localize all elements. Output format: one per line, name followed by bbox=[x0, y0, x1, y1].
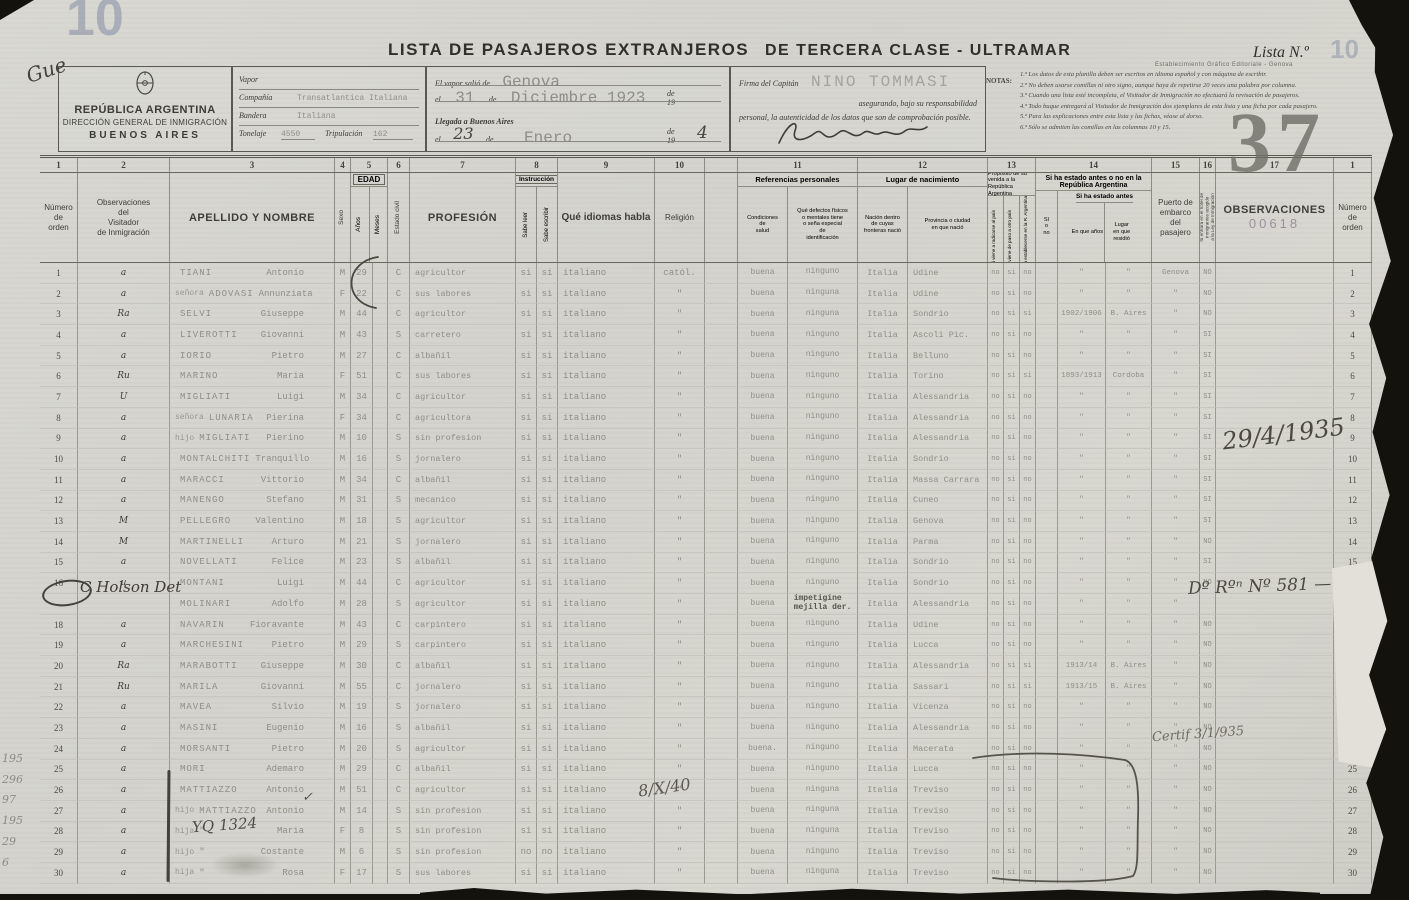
given-name: Felice bbox=[272, 557, 304, 567]
cell-language: italiano bbox=[558, 760, 655, 781]
cell-visitor-mark: a bbox=[78, 842, 170, 863]
cell-language: italiano bbox=[558, 346, 655, 367]
cell-order-number-right: 28 bbox=[1334, 822, 1372, 843]
cell-health: buena bbox=[738, 491, 788, 512]
cell-sex: M bbox=[335, 470, 351, 491]
cell-age-months bbox=[373, 553, 388, 574]
cell-order-number-right: 2 bbox=[1334, 284, 1372, 305]
header-proposito-2: Si viene de paso a otro país bbox=[1008, 210, 1015, 262]
header-sabe-escribir: Sabe escribir bbox=[544, 207, 550, 242]
cell-purpose-3: si bbox=[1020, 366, 1036, 387]
cell-visitor-mark bbox=[78, 594, 170, 615]
cell-purpose-1: no bbox=[988, 284, 1004, 305]
cell-name: MONTANILuigi bbox=[170, 573, 335, 594]
cell-age-months bbox=[373, 511, 388, 532]
table-row: 3 Ra SELVIGiuseppe M 44 C agricultor si … bbox=[40, 304, 1372, 325]
cell-defects: ninguna bbox=[788, 801, 858, 822]
cell-religion: " bbox=[655, 511, 705, 532]
cell-age-months bbox=[373, 408, 388, 429]
cell-reads: si bbox=[516, 801, 537, 822]
cell-prev-years: " bbox=[1058, 697, 1106, 718]
cell-religion: " bbox=[655, 842, 705, 863]
cell-gap bbox=[705, 615, 738, 636]
cell-name: SELVIGiuseppe bbox=[170, 304, 335, 325]
cell-nation: Italia bbox=[858, 615, 908, 636]
cell-prev-place: " bbox=[1106, 470, 1152, 491]
cell-civil-status: C bbox=[388, 677, 410, 698]
cell-embark-port: " bbox=[1152, 615, 1200, 636]
cell-hotel: NO bbox=[1200, 284, 1216, 305]
cell-profession: albañil bbox=[410, 470, 516, 491]
cell-purpose-3: no bbox=[1020, 346, 1036, 367]
cell-nation: Italia bbox=[858, 470, 908, 491]
cell-reads: si bbox=[516, 429, 537, 450]
cell-civil-status: S bbox=[388, 863, 410, 884]
given-name: Pierino bbox=[266, 433, 304, 443]
cell-language: italiano bbox=[558, 408, 655, 429]
ship-box: Vapor CompañíaTransatlantica Italiana Ba… bbox=[232, 66, 426, 152]
cell-province: Alessandria bbox=[908, 718, 988, 739]
cell-religion: " bbox=[655, 677, 705, 698]
de2-label: de bbox=[486, 135, 494, 144]
cell-religion: " bbox=[655, 366, 705, 387]
cell-language: italiano bbox=[558, 553, 655, 574]
cell-province: Ascoli Pic. bbox=[908, 325, 988, 346]
cell-embark-port: " bbox=[1152, 304, 1200, 325]
header-lugar: Lugar de nacimiento bbox=[858, 173, 987, 187]
cell-visitor-mark: a bbox=[78, 449, 170, 470]
page-number-pencil: 10 bbox=[66, 0, 124, 48]
cell-civil-status: C bbox=[388, 346, 410, 367]
given-name: Fioravante bbox=[250, 620, 304, 630]
cell-purpose-2: si bbox=[1004, 718, 1020, 739]
cell-profession: sin profesion bbox=[410, 842, 516, 863]
colnum: 12 bbox=[858, 158, 988, 172]
given-name: Antonio bbox=[266, 785, 304, 795]
cell-reads: si bbox=[516, 325, 537, 346]
cell-reads: si bbox=[516, 532, 537, 553]
cell-si-o-no bbox=[1036, 573, 1058, 594]
cell-visitor-mark: a bbox=[78, 801, 170, 822]
cell-health: buena bbox=[738, 408, 788, 429]
cell-prev-years: " bbox=[1058, 594, 1106, 615]
cell-age-months bbox=[373, 346, 388, 367]
cell-writes: si bbox=[537, 553, 558, 574]
cell-purpose-3: no bbox=[1020, 491, 1036, 512]
cell-si-o-no bbox=[1036, 470, 1058, 491]
cell-embark-port: " bbox=[1152, 491, 1200, 512]
given-name: Antonio bbox=[266, 806, 304, 816]
given-name: Giuseppe bbox=[261, 309, 304, 319]
cell-defects: ninguno bbox=[788, 366, 858, 387]
cell-embark-port: " bbox=[1152, 697, 1200, 718]
surname: LIVEROTTI bbox=[180, 330, 238, 340]
cell-reads: si bbox=[516, 677, 537, 698]
cell-age-months bbox=[373, 429, 388, 450]
colnum-gap bbox=[705, 158, 738, 172]
cell-order-number: 7 bbox=[40, 387, 78, 408]
cell-age-months bbox=[373, 594, 388, 615]
surname: MONTANI bbox=[180, 578, 225, 588]
cell-embark-port: " bbox=[1152, 449, 1200, 470]
cell-writes: si bbox=[537, 284, 558, 305]
cell-embark-port: " bbox=[1152, 366, 1200, 387]
cell-civil-status: S bbox=[388, 822, 410, 843]
cell-civil-status: S bbox=[388, 718, 410, 739]
cell-gap bbox=[705, 491, 738, 512]
cell-health: buena bbox=[738, 532, 788, 553]
cell-writes: si bbox=[537, 304, 558, 325]
cell-purpose-3: no bbox=[1020, 263, 1036, 284]
cell-visitor-mark: a bbox=[78, 718, 170, 739]
cell-civil-status: C bbox=[388, 780, 410, 801]
cell-sex: M bbox=[335, 615, 351, 636]
cell-health: buena bbox=[738, 594, 788, 615]
cell-gap bbox=[705, 801, 738, 822]
surname: MORSANTI bbox=[180, 744, 231, 754]
cell-embark-port: " bbox=[1152, 387, 1200, 408]
cell-defects: ninguno bbox=[788, 387, 858, 408]
llegada-anio-hand: 4 bbox=[697, 123, 708, 143]
cell-purpose-3: no bbox=[1020, 615, 1036, 636]
cell-hotel: NO bbox=[1200, 822, 1216, 843]
llegada-label: Llegada a Buenos Aires bbox=[435, 117, 514, 126]
cell-reads: si bbox=[516, 263, 537, 284]
cell-prev-years: " bbox=[1058, 615, 1106, 636]
cell-si-o-no bbox=[1036, 677, 1058, 698]
cell-purpose-2: si bbox=[1004, 615, 1020, 636]
cell-hotel: NO bbox=[1200, 739, 1216, 760]
surname: MANENGO bbox=[180, 495, 225, 505]
cell-religion: " bbox=[655, 697, 705, 718]
cell-name: señoraADOVASIAnnunziata bbox=[170, 284, 335, 305]
given-name: Silvio bbox=[272, 702, 304, 712]
cell-profession: agricultor bbox=[410, 739, 516, 760]
cell-civil-status: S bbox=[388, 511, 410, 532]
cell-writes: si bbox=[537, 429, 558, 450]
cell-observations bbox=[1216, 863, 1334, 884]
cell-order-number-right: 7 bbox=[1334, 387, 1372, 408]
cell-gap bbox=[705, 449, 738, 470]
colnum: 7 bbox=[410, 158, 516, 172]
cell-hotel: SI bbox=[1200, 325, 1216, 346]
cell-language: italiano bbox=[558, 304, 655, 325]
cell-civil-status: C bbox=[388, 760, 410, 781]
cell-order-number: 13 bbox=[40, 511, 78, 532]
cell-embark-port: " bbox=[1152, 408, 1200, 429]
cell-age-years: 20 bbox=[351, 739, 373, 760]
cell-age-months bbox=[373, 677, 388, 698]
colnum: 11 bbox=[738, 158, 858, 172]
header-proposito-3: Si piensa establecerse en la R. Argentin… bbox=[1024, 196, 1031, 262]
cell-province: Sondrio bbox=[908, 304, 988, 325]
given-name: Maria bbox=[277, 371, 304, 381]
cell-order-number: 10 bbox=[40, 449, 78, 470]
cell-name: IORIOPietro bbox=[170, 346, 335, 367]
table-row: 7 U MIGLIATILuigi M 34 C agricultor si s… bbox=[40, 387, 1372, 408]
margin-number: 195 bbox=[2, 814, 23, 827]
cell-religion: " bbox=[655, 408, 705, 429]
cell-language: italiano bbox=[558, 366, 655, 387]
cell-age-years: 19 bbox=[351, 697, 373, 718]
cell-writes: si bbox=[537, 387, 558, 408]
cell-purpose-1: no bbox=[988, 449, 1004, 470]
cell-order-number-right: 3 bbox=[1334, 304, 1372, 325]
cell-nation: Italia bbox=[858, 822, 908, 843]
el2-label: el bbox=[435, 135, 441, 144]
cell-si-o-no bbox=[1036, 263, 1058, 284]
cell-civil-status: S bbox=[388, 553, 410, 574]
big-number-stamp: 37 bbox=[1228, 92, 1326, 192]
vapor-label: Vapor bbox=[239, 75, 258, 84]
nota-1: 1.ª Los datos de esta planilla deben ser… bbox=[1020, 70, 1318, 81]
cell-province: Lucca bbox=[908, 635, 988, 656]
header-numero-right: Número de orden bbox=[1334, 173, 1372, 262]
cell-name: MIGLIATILuigi bbox=[170, 387, 335, 408]
cell-health: buena bbox=[738, 801, 788, 822]
cell-age-years: 55 bbox=[351, 677, 373, 698]
header-proposito-1: Si viene a radicarse al país bbox=[992, 210, 999, 262]
cell-sex: M bbox=[335, 532, 351, 553]
cell-writes: si bbox=[537, 491, 558, 512]
cell-si-o-no bbox=[1036, 304, 1058, 325]
cell-defects: ninguno bbox=[788, 491, 858, 512]
cell-order-number: 19 bbox=[40, 635, 78, 656]
cell-prev-years: " bbox=[1058, 635, 1106, 656]
cell-language: italiano bbox=[558, 697, 655, 718]
cell-writes: si bbox=[537, 822, 558, 843]
document-subtitle: DE TERCERA CLASE - ULTRAMAR bbox=[765, 42, 1071, 60]
cell-age-months bbox=[373, 842, 388, 863]
cell-hotel: NO bbox=[1200, 532, 1216, 553]
header-edad: EDAD bbox=[353, 174, 386, 185]
tonelaje-label: Tonelaje bbox=[239, 129, 266, 138]
torn-top-left-corner bbox=[0, 0, 34, 20]
cell-health: buena bbox=[738, 429, 788, 450]
cell-prev-years: " bbox=[1058, 573, 1106, 594]
cell-age-years: 21 bbox=[351, 532, 373, 553]
cell-civil-status: S bbox=[388, 635, 410, 656]
cell-writes: si bbox=[537, 615, 558, 636]
cell-prev-place: " bbox=[1106, 511, 1152, 532]
cell-order-number: 27 bbox=[40, 801, 78, 822]
cell-defects: impetigine mejilla der. bbox=[788, 594, 858, 615]
cell-purpose-2: si bbox=[1004, 429, 1020, 450]
cell-order-number: 30 bbox=[40, 863, 78, 884]
cell-reads: si bbox=[516, 553, 537, 574]
cell-profession: agricultor bbox=[410, 780, 516, 801]
cell-observations bbox=[1216, 553, 1334, 574]
cell-nation: Italia bbox=[858, 284, 908, 305]
cell-hotel: SI bbox=[1200, 387, 1216, 408]
cell-sex: M bbox=[335, 511, 351, 532]
cell-health: buena bbox=[738, 263, 788, 284]
cell-civil-status: S bbox=[388, 594, 410, 615]
cell-nation: Italia bbox=[858, 718, 908, 739]
cell-language: italiano bbox=[558, 656, 655, 677]
cell-order-number: 11 bbox=[40, 470, 78, 491]
cell-age-years: 51 bbox=[351, 780, 373, 801]
cell-province: Genova bbox=[908, 511, 988, 532]
cell-defects: ninguno bbox=[788, 635, 858, 656]
cell-reads: no bbox=[516, 842, 537, 863]
cell-health: buena bbox=[738, 822, 788, 843]
cell-profession: carpintero bbox=[410, 635, 516, 656]
cell-hotel: SI bbox=[1200, 366, 1216, 387]
cell-gap bbox=[705, 635, 738, 656]
cell-reads: si bbox=[516, 739, 537, 760]
cell-embark-port: " bbox=[1152, 822, 1200, 843]
cell-age-years: 43 bbox=[351, 615, 373, 636]
surname: " bbox=[199, 868, 205, 878]
cell-si-o-no bbox=[1036, 346, 1058, 367]
cell-nation: Italia bbox=[858, 325, 908, 346]
cell-purpose-1: no bbox=[988, 511, 1004, 532]
cell-gap bbox=[705, 511, 738, 532]
llegada-mes: Enero bbox=[524, 129, 572, 147]
cell-language: italiano bbox=[558, 532, 655, 553]
cell-observations bbox=[1216, 615, 1334, 636]
cell-reads: si bbox=[516, 635, 537, 656]
header-lugar-group: Lugar de nacimiento Nación dentro de cuy… bbox=[858, 173, 988, 262]
cell-religion: " bbox=[655, 491, 705, 512]
cell-hotel: NO bbox=[1200, 656, 1216, 677]
cell-age-years: 44 bbox=[351, 573, 373, 594]
cell-prev-years: " bbox=[1058, 511, 1106, 532]
cell-age-months bbox=[373, 863, 388, 884]
cell-gap bbox=[705, 594, 738, 615]
table-row: 25 a MORIAdemaro M 29 C albañil si si it… bbox=[40, 760, 1372, 781]
cell-religion: " bbox=[655, 553, 705, 574]
table-row: 4 a LIVEROTTIGiovanni M 43 S carretero s… bbox=[40, 325, 1372, 346]
cell-civil-status: C bbox=[388, 284, 410, 305]
cell-gap bbox=[705, 532, 738, 553]
de19-label: de 19 bbox=[667, 89, 675, 107]
margin-number: 29 bbox=[2, 835, 16, 848]
surname: SELVI bbox=[180, 309, 212, 319]
cell-sex: M bbox=[335, 573, 351, 594]
cell-reads: si bbox=[516, 304, 537, 325]
nota-2: 2.ª No deben usarse comillas ni otro sig… bbox=[1020, 81, 1318, 92]
cell-nation: Italia bbox=[858, 573, 908, 594]
cell-order-number-right: 26 bbox=[1334, 780, 1372, 801]
cell-order-number: 6 bbox=[40, 366, 78, 387]
cell-purpose-3: si bbox=[1020, 656, 1036, 677]
cell-language: italiano bbox=[558, 387, 655, 408]
cell-defects: ninguno bbox=[788, 346, 858, 367]
cell-religion: catól. bbox=[655, 263, 705, 284]
cell-language: italiano bbox=[558, 822, 655, 843]
cell-writes: si bbox=[537, 366, 558, 387]
coat-of-arms-icon bbox=[134, 71, 156, 102]
cell-writes: si bbox=[537, 863, 558, 884]
cell-religion: " bbox=[655, 718, 705, 739]
cell-health: buena bbox=[738, 387, 788, 408]
cell-prev-place: " bbox=[1106, 635, 1152, 656]
cell-hotel: SI bbox=[1200, 491, 1216, 512]
cell-si-o-no bbox=[1036, 656, 1058, 677]
name-prefix: señora bbox=[175, 413, 204, 422]
surname: TIANI bbox=[180, 268, 212, 278]
cell-age-years: 51 bbox=[351, 366, 373, 387]
cell-province: Udine bbox=[908, 284, 988, 305]
cell-prev-years: " bbox=[1058, 532, 1106, 553]
cell-observations bbox=[1216, 532, 1334, 553]
cell-order-number: 14 bbox=[40, 532, 78, 553]
header-si-ha-estado: Si ha estado antes bbox=[1076, 191, 1133, 202]
cell-health: buena bbox=[738, 615, 788, 636]
pen-bracket-rows-25-30 bbox=[965, 748, 1150, 888]
cell-hotel: NO bbox=[1200, 863, 1216, 884]
cell-gap bbox=[705, 780, 738, 801]
cell-prev-place: " bbox=[1106, 346, 1152, 367]
cell-profession: carretero bbox=[410, 325, 516, 346]
header-meses: Meses bbox=[375, 215, 382, 234]
surname: MIGLIATI bbox=[180, 392, 231, 402]
cell-sex: M bbox=[335, 346, 351, 367]
cell-nation: Italia bbox=[858, 263, 908, 284]
cell-sex: M bbox=[335, 635, 351, 656]
cell-age-months bbox=[373, 822, 388, 843]
cell-sex: M bbox=[335, 553, 351, 574]
cell-order-number-right: 29 bbox=[1334, 842, 1372, 863]
cell-defects: ninguno bbox=[788, 677, 858, 698]
cell-age-months bbox=[373, 491, 388, 512]
cell-prev-place: " bbox=[1106, 408, 1152, 429]
cell-nation: Italia bbox=[858, 346, 908, 367]
cell-age-years: 23 bbox=[351, 553, 373, 574]
cell-name: MARTINELLIArturo bbox=[170, 532, 335, 553]
cell-purpose-1: no bbox=[988, 346, 1004, 367]
cell-civil-status: S bbox=[388, 429, 410, 450]
cell-name: MARILAGiovanni bbox=[170, 677, 335, 698]
cell-purpose-3: no bbox=[1020, 408, 1036, 429]
cell-name: MONTALCHITITranquillo bbox=[170, 449, 335, 470]
cell-civil-status: C bbox=[388, 656, 410, 677]
given-name: Adolfo bbox=[272, 599, 304, 609]
header-en-que-anos: En que años bbox=[1071, 203, 1104, 262]
cell-sex: M bbox=[335, 801, 351, 822]
cell-age-months bbox=[373, 656, 388, 677]
table-row: 1 a TIANIAntonio M 29 C agricultor si si… bbox=[40, 263, 1372, 284]
cell-order-number: 2 bbox=[40, 284, 78, 305]
cell-profession: agricultor bbox=[410, 573, 516, 594]
cell-language: italiano bbox=[558, 801, 655, 822]
cell-gap bbox=[705, 573, 738, 594]
cell-province: Alessandria bbox=[908, 387, 988, 408]
cell-observations bbox=[1216, 697, 1334, 718]
header-estado-civil: Estado civil bbox=[395, 201, 402, 234]
cell-observations bbox=[1216, 635, 1334, 656]
cell-age-years: 16 bbox=[351, 718, 373, 739]
cell-purpose-2: si bbox=[1004, 635, 1020, 656]
salio-dia: 31 bbox=[455, 89, 474, 107]
cell-purpose-1: no bbox=[988, 263, 1004, 284]
header-si-o-no: Sí o no bbox=[1036, 191, 1057, 262]
cell-purpose-3: no bbox=[1020, 284, 1036, 305]
table-row: 12 a MANENGOStefano M 31 S mecanico si s… bbox=[40, 491, 1372, 512]
colnum: 10 bbox=[655, 158, 705, 172]
given-name: Pietro bbox=[272, 744, 304, 754]
cell-reads: si bbox=[516, 780, 537, 801]
cell-profession: albañil bbox=[410, 346, 516, 367]
cell-nation: Italia bbox=[858, 387, 908, 408]
cell-gap bbox=[705, 822, 738, 843]
cell-profession: jornalero bbox=[410, 532, 516, 553]
cell-age-years: 17 bbox=[351, 863, 373, 884]
cell-observations bbox=[1216, 470, 1334, 491]
cell-writes: si bbox=[537, 594, 558, 615]
